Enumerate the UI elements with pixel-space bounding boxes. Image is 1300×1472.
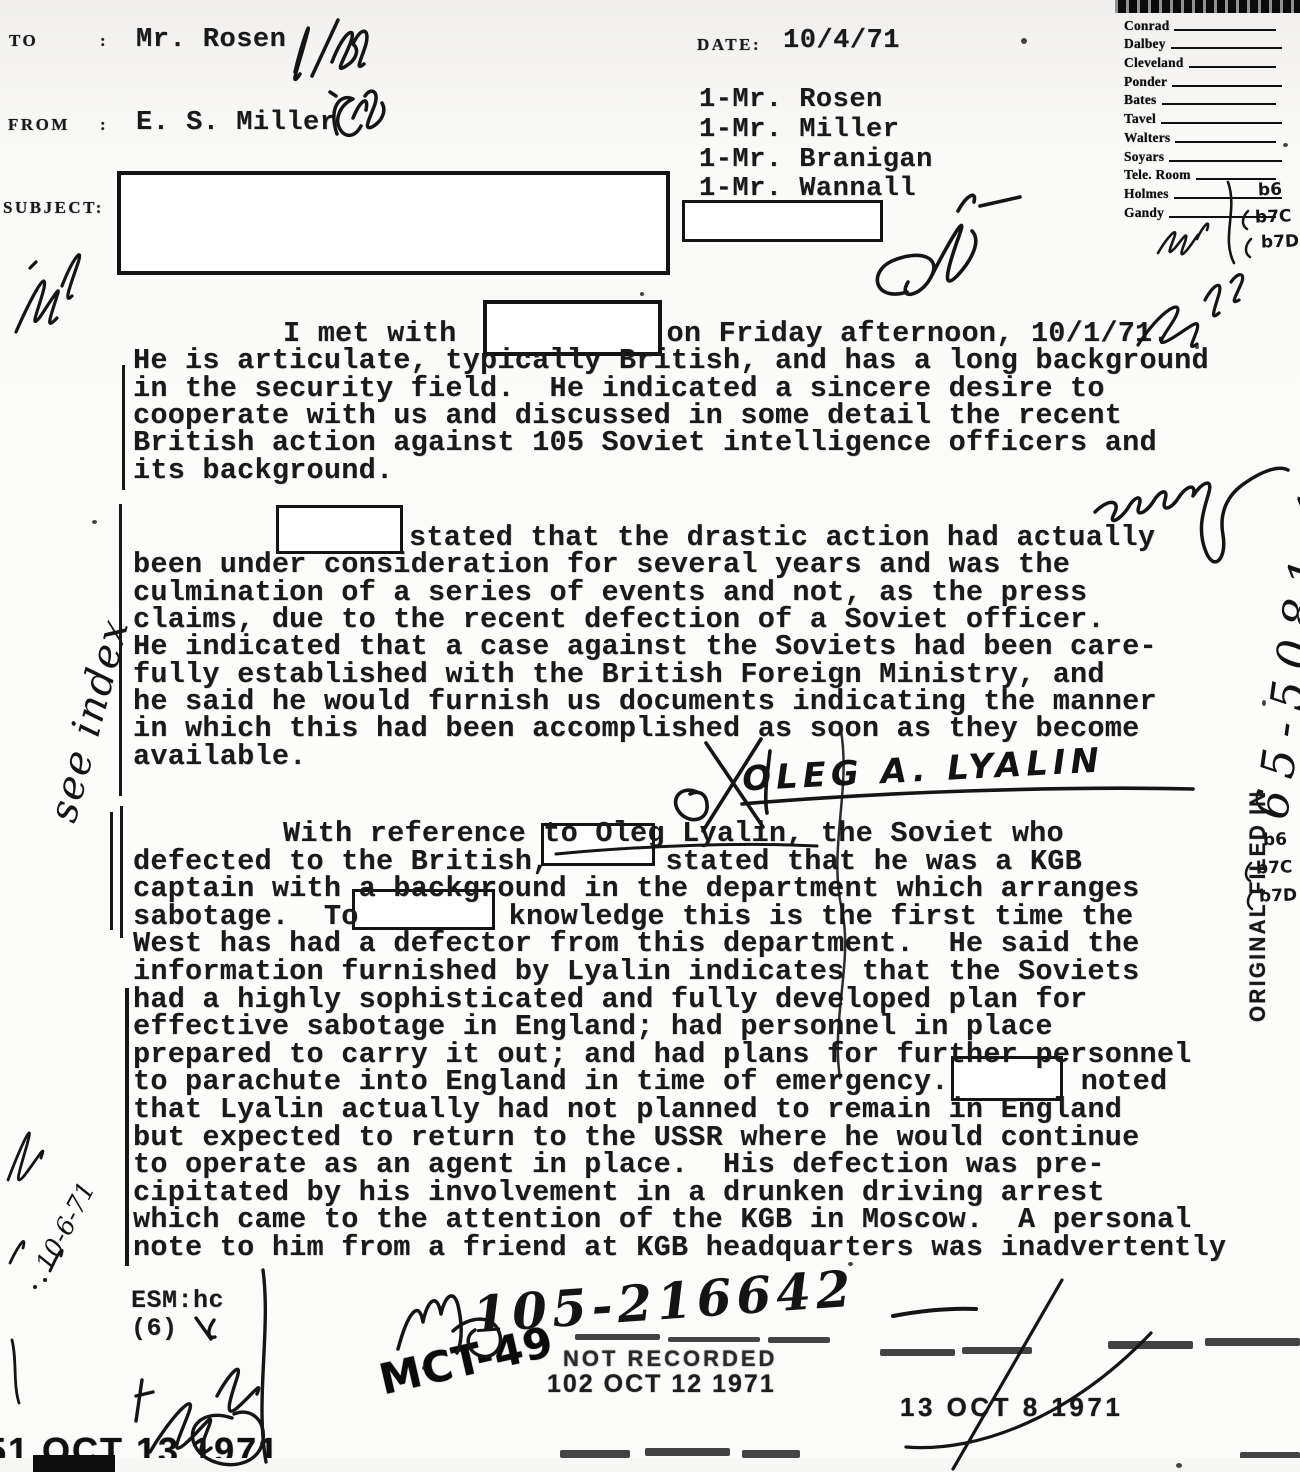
routing-name: Walters: [1124, 130, 1170, 146]
faded-dash: [742, 1450, 800, 1458]
text-line: been under consideration for several yea…: [133, 551, 1157, 578]
ink-speck: [92, 520, 97, 524]
case-number-dash: [893, 1309, 976, 1316]
ink-speck: [1283, 143, 1288, 147]
approval-scribble: [877, 195, 1020, 294]
cc-entry: 1-Mr. Miller: [699, 115, 899, 145]
handwritten-date-note: 10-6-71: [30, 1177, 101, 1276]
routing-name: Tavel: [1124, 111, 1156, 127]
ink-speck: [1021, 38, 1027, 44]
ink-dot: [43, 1278, 47, 1282]
faded-dash: [645, 1448, 730, 1456]
ink-speck: [848, 1262, 853, 1266]
redaction-box-cc: [682, 200, 883, 242]
text-line: prepared to carry it out; and had plans …: [133, 1041, 1226, 1069]
from-colon: :: [100, 115, 106, 135]
from-label: FROM: [8, 115, 70, 135]
text-line: in the security field. He indicated a si…: [133, 375, 1209, 402]
text-line: its background.: [133, 457, 1209, 484]
routing-name: Ponder: [1124, 74, 1167, 90]
text-line: which came to the attention of the KGB i…: [133, 1206, 1226, 1234]
from-value: E. S. Miller: [136, 108, 336, 138]
text-line: British action against 105 Soviet intell…: [133, 429, 1209, 456]
text-line: stated that the drastic action had actua…: [133, 524, 1157, 551]
received-date-stamp: 13 OCT 8 1971: [900, 1392, 1123, 1423]
not-recorded-date-stamp: 102 OCT 12 1971: [547, 1370, 776, 1399]
to-colon: :: [100, 31, 106, 51]
faded-dash: [880, 1349, 955, 1356]
handwritten-file-number: 65-5081-1833: [1244, 352, 1300, 823]
text-line: but expected to return to the USSR where…: [133, 1124, 1226, 1152]
text-line: cipitated by his involvement in a drunke…: [133, 1179, 1226, 1207]
paragraph-2: stated that the drastic action had actua…: [133, 524, 1157, 770]
rosen-initials-scribble: [295, 20, 367, 96]
routing-row: Conrad: [1124, 15, 1284, 34]
leader-line: [1171, 47, 1282, 49]
text-line: information furnished by Lyalin indicate…: [133, 958, 1226, 986]
miller-initials-scribble: [334, 91, 384, 135]
text-line: had a highly sophisticated and fully dev…: [133, 986, 1226, 1014]
routing-name: Holmes: [1124, 186, 1169, 202]
routing-name: Dalbey: [1124, 36, 1166, 52]
text-line: culmination of a series of events and no…: [133, 579, 1157, 606]
routing-name: Bates: [1124, 92, 1157, 108]
copy-count: (6): [131, 1314, 178, 1343]
text-line: note to him from a friend at KGB headqua…: [133, 1234, 1226, 1262]
text-line: captain with a background in the departm…: [133, 875, 1226, 903]
text-line: cooperate with us and discussed in some …: [133, 402, 1209, 429]
exemption-code: b7C: [1255, 206, 1292, 227]
routing-row: Cleveland: [1124, 52, 1284, 71]
text-line: effective sabotage in England; had perso…: [133, 1013, 1226, 1041]
subject-label: SUBJECT:: [3, 198, 104, 218]
document-page: TO : Mr. Rosen FROM : E. S. Miller DATE:…: [0, 0, 1300, 1472]
leader-line: [1169, 160, 1282, 162]
routing-row: Walters: [1124, 127, 1284, 146]
text-line: to operate as an agent in place. His def…: [133, 1151, 1226, 1179]
to-value: Mr. Rosen: [136, 25, 286, 55]
text-line: he said he would furnish us documents in…: [133, 688, 1157, 715]
cc-entry: 1-Mr. Rosen: [699, 85, 883, 115]
routing-name: Cleveland: [1124, 55, 1184, 71]
text-line: West has had a defector from this depart…: [133, 930, 1226, 958]
faded-dash: [560, 1450, 630, 1458]
faded-dash: [1108, 1341, 1193, 1349]
ink-speck: [1176, 1463, 1182, 1468]
paragraph-1: I met withon Friday afternoon, 10/1/71. …: [133, 320, 1209, 484]
text-line: claims, due to the recent defection of a…: [133, 606, 1157, 633]
margin-mark: [122, 365, 125, 490]
routing-row: Tavel: [1124, 108, 1284, 127]
leader-line: [1175, 141, 1276, 143]
margin-mark: [120, 806, 123, 938]
date-value: 10/4/71: [783, 26, 900, 56]
routing-name: Gandy: [1124, 205, 1164, 221]
to-label: TO: [9, 31, 38, 51]
exemption-code: b7D: [1261, 231, 1300, 252]
typist-initials: ESM:hc: [131, 1286, 224, 1315]
original-filed-stamp: ORIGINAL FILED IN: [1245, 789, 1271, 1022]
faded-dash: [962, 1347, 1032, 1354]
leader-line: [1189, 66, 1276, 68]
text-line: He is articulate, typically British, and…: [133, 347, 1209, 374]
routing-row: Dalbey: [1124, 34, 1284, 53]
faded-dash: [1205, 1338, 1300, 1346]
paragraph-3: With reference to Oleg Lyalin, the Sovie…: [133, 820, 1226, 1262]
ink-speck: [1262, 700, 1266, 706]
routing-row: Soyars: [1124, 146, 1284, 165]
oleg-circle-mark: [676, 790, 708, 819]
text-line: sabotage. Toknowledge this is the first …: [133, 903, 1226, 931]
routing-name: Conrad: [1124, 18, 1169, 34]
ink-speck: [422, 1366, 426, 1370]
text-line: He indicated that a case against the Sov…: [133, 633, 1157, 660]
scan-edge-strip: [0, 1458, 1300, 1472]
routing-row: Ponder: [1124, 71, 1284, 90]
margin-scribble: [16, 255, 80, 332]
text-line: I met withon Friday afternoon, 10/1/71.: [133, 320, 1209, 347]
text-line: With reference to Oleg Lyalin, the Sovie…: [133, 820, 1226, 848]
leader-line: [1174, 29, 1276, 31]
not-recorded-stamp: NOT RECORDED: [563, 1346, 777, 1372]
leader-line: [1161, 122, 1282, 124]
routing-name: Tele. Room: [1124, 167, 1191, 183]
routing-stamp-header-bar: [1115, 0, 1300, 13]
exemption-code: b6: [1258, 180, 1283, 201]
underline-dash: [668, 1337, 760, 1342]
cc-entry: 1-Mr. Branigan: [699, 145, 933, 175]
date-label: DATE:: [697, 35, 761, 55]
handwritten-see-index: see index: [40, 613, 139, 827]
leader-line: [1172, 85, 1282, 87]
underline-dash: [768, 1337, 830, 1343]
underline-dash: [575, 1334, 660, 1340]
margin-mark: [125, 988, 129, 1266]
scan-artifact-block: [33, 1455, 115, 1472]
cancel-x-mark: [906, 1280, 1151, 1469]
margin-mark: [110, 812, 113, 930]
ink-speck: [1195, 345, 1199, 349]
text-line: to parachute into England in time of eme…: [133, 1068, 1226, 1096]
text-line: defected to the British,stated that he w…: [133, 848, 1226, 876]
routing-row: Bates: [1124, 90, 1284, 109]
mct-stamp: MCT-49: [375, 1317, 558, 1405]
text-line: fully established with the British Forei…: [133, 661, 1157, 688]
text-line: in which this had been accomplished as s…: [133, 715, 1157, 742]
ink-dot: [33, 1285, 37, 1289]
redaction-box-subject: [117, 171, 670, 275]
text-line: that Lyalin actually had not planned to …: [133, 1096, 1226, 1124]
ink-speck: [640, 292, 644, 296]
leader-line: [1162, 103, 1277, 105]
routing-name: Soyars: [1124, 149, 1164, 165]
